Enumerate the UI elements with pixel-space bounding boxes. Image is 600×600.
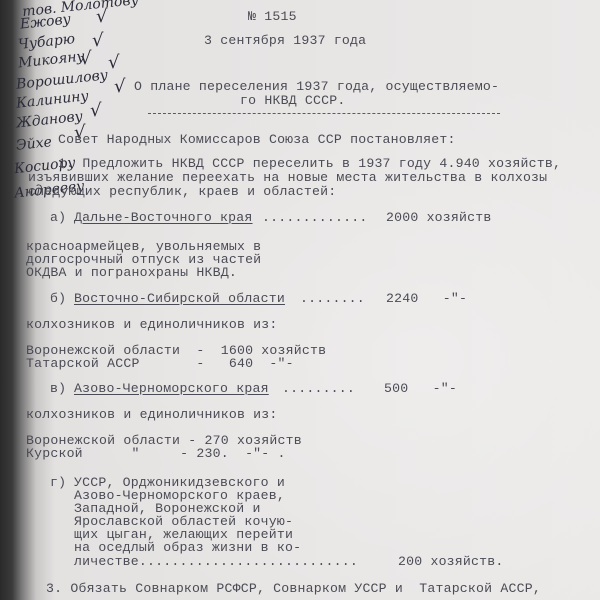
item-b-label: б) — [50, 292, 66, 306]
item-b-region: Восточно-Сибирской области — [74, 292, 285, 306]
paragraph-1-cont: изъявивших желание переехать на новые ме… — [28, 171, 547, 185]
item-b-from: колхозников и единоличников из: — [26, 318, 278, 332]
check-mark-icon: √ — [96, 6, 107, 27]
document-number: № 1515 — [248, 10, 297, 24]
item-d-label: г) — [50, 476, 66, 490]
check-mark-icon: √ — [92, 30, 103, 51]
preamble: Совет Народных Комиссаров Союза ССР пост… — [58, 133, 456, 147]
paragraph-3: 3. Обязать Совнарком РСФСР, Совнарком УС… — [46, 582, 541, 596]
document-title: О плане переселения 1937 года, осуществл… — [134, 80, 499, 94]
item-c-region: Азово-Черноморского края — [74, 382, 269, 396]
check-mark-icon: √ — [80, 48, 91, 69]
item-a-amount: 2000 хозяйств — [386, 211, 491, 225]
item-a-region: Дальне-Восточного края — [74, 211, 253, 225]
item-a-dots: ............. — [262, 211, 367, 225]
document-page: тов. Молотову Ежову Чубарю Микояну Ворош… — [0, 0, 600, 600]
item-d-desc: личестве........................... — [74, 555, 358, 569]
item-a-label: а) — [50, 211, 66, 225]
paragraph-1: 1. Предложить НКВД СССР переселить в 193… — [58, 157, 561, 171]
item-c-label: в) — [50, 382, 66, 396]
margin-note: Ворошилову — [15, 67, 108, 93]
item-b-amount: 2240 -"- — [386, 292, 467, 306]
check-mark-icon: √ — [90, 100, 101, 121]
document-title-cont: го НКВД СССР. — [240, 94, 345, 108]
title-divider — [148, 113, 500, 114]
item-d-desc: на оседлый образ жизни в ко- — [74, 541, 301, 555]
document-date: 3 сентября 1937 года — [204, 34, 366, 48]
item-b-source: Татарской АССР - 640 -"- — [26, 357, 294, 371]
item-c-dots: ......... — [282, 382, 355, 396]
paragraph-1-cont: следующих республик, краев и областей: — [28, 185, 336, 199]
item-d-amount: 200 хозяйств. — [398, 555, 503, 569]
item-a-desc: ОКДВА и погранохраны НКВД. — [26, 266, 237, 280]
item-c-amount: 500 -"- — [384, 382, 457, 396]
item-b-dots: ........ — [300, 292, 365, 306]
margin-note: Эйхе — [15, 134, 52, 154]
item-c-from: колхозников и единоличников из: — [26, 408, 278, 422]
check-mark-icon: √ — [114, 76, 125, 97]
check-mark-icon: √ — [108, 52, 119, 73]
item-c-source: Курской " - 230. -"- . — [26, 447, 286, 461]
